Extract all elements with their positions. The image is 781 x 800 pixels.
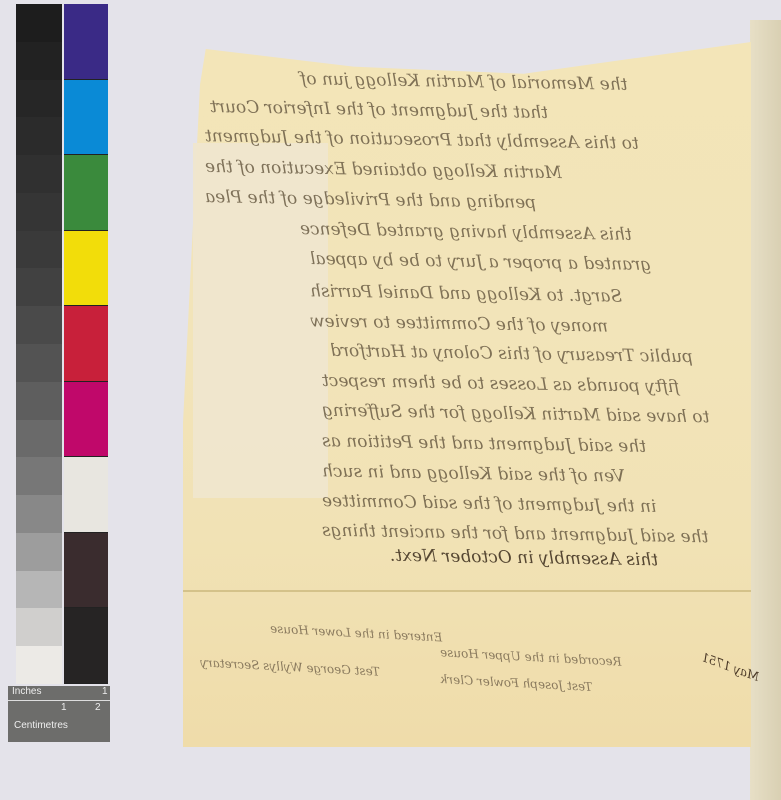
color-patch-strip [64, 4, 108, 684]
grey-step [16, 382, 62, 420]
grey-step [16, 646, 62, 684]
grey-step [16, 117, 62, 155]
centimetres-label: Centimetres [14, 720, 68, 731]
grey-step [16, 457, 62, 495]
grey-step [16, 193, 62, 231]
color-patch-white [64, 457, 108, 533]
grey-step [16, 231, 62, 269]
color-patch-red [64, 306, 108, 382]
grey-step [16, 571, 62, 609]
grey-step [16, 344, 62, 382]
inch-tick-label: 1 [102, 686, 108, 697]
grey-step [16, 306, 62, 344]
grey-step [16, 155, 62, 193]
fold-line [183, 590, 751, 592]
grey-step [16, 608, 62, 646]
grey-step [16, 420, 62, 458]
grey-step [16, 495, 62, 533]
greyscale-strip [16, 4, 62, 684]
grey-step [16, 533, 62, 571]
color-patch-magenta [64, 382, 108, 458]
cm-tick-2: 2 [95, 702, 101, 713]
color-patch-brown [64, 533, 108, 609]
color-patch-violet [64, 4, 108, 80]
color-calibration-target [14, 4, 110, 744]
color-patch-black [64, 608, 108, 684]
inches-label: Inches [12, 686, 41, 697]
grey-step [16, 80, 62, 118]
color-patch-cyan [64, 80, 108, 156]
cm-tick-1: 1 [61, 702, 67, 713]
grey-step [16, 4, 62, 42]
color-patch-yellow [64, 231, 108, 307]
grey-step [16, 42, 62, 80]
color-patch-green [64, 155, 108, 231]
scale-ruler: Inches 1 1 2 Centimetres [8, 686, 110, 742]
ruler-divider [8, 700, 110, 701]
grey-step [16, 268, 62, 306]
